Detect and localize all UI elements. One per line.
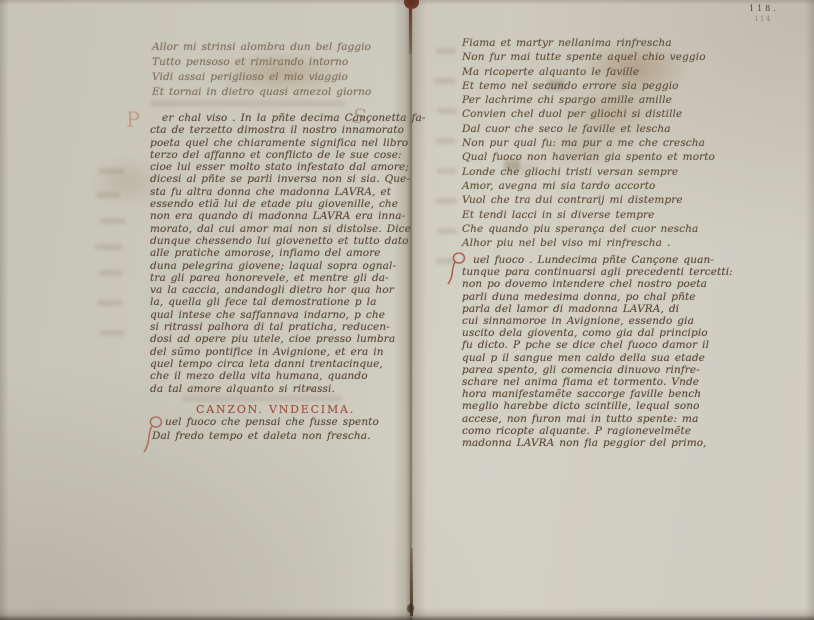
poem-line: Londe che gliochi tristi versan sempre <box>462 165 715 179</box>
commentary-line: sta fu altra donna che madonna LAVRA, et <box>150 186 426 198</box>
commentary-line: uel fuoco . Lundecima pñte Cançone quan- <box>462 254 733 266</box>
poem-line: Et tornai in dietro quasi amezol giorno <box>152 85 371 100</box>
poem-line: Allor mi strinsi alombra dun bel faggio <box>152 40 371 55</box>
commentary-line: non era quando di madonna LAVRA era inna… <box>150 210 426 222</box>
poem-line: Fiama et martyr nellanima rinfrescha <box>462 36 715 50</box>
commentary-line: poeta quel che chiaramente significa nel… <box>150 137 426 149</box>
poem-line: Vuol che tra dui contrarij mi distempre <box>462 193 715 207</box>
commentary-line: terzo del affanno et conflicto de le sue… <box>150 149 426 161</box>
commentary-line: essendo etiã lui de etade piu giovenille… <box>150 198 426 210</box>
show-through-mark <box>100 330 124 336</box>
show-through-mark <box>98 168 124 174</box>
commentary-line: schare nel anima fiama et tormento. Vnde <box>462 376 733 388</box>
show-through-text-line <box>150 100 345 107</box>
commentary-line: hora manifestamẽte saccorge faville benc… <box>462 388 733 400</box>
commentary-line: meglio harebbe dicto scintille, lequal s… <box>462 400 733 412</box>
poem-line: Per lachrime chi spargo amille amille <box>462 93 715 107</box>
show-through-mark <box>99 270 123 276</box>
commentary-line: tunque para continuarsi agli precedenti … <box>462 266 733 278</box>
commentary-line: quel tempo circa leta danni trentacinque… <box>150 358 426 370</box>
commentary-line: er chal viso . In la pñte decima Cançone… <box>150 112 426 124</box>
commentary-line: del sũmo pontifice in Avignione, et era … <box>150 346 426 358</box>
rubricated-initial-p: P <box>126 108 140 132</box>
commentary-line: dicesi al pñte se parli inversa non si s… <box>150 173 426 185</box>
commentary-line: parla del lamor di madonna LAVRA, di <box>462 303 733 315</box>
left-commentary: er chal viso . In la pñte decima Cançone… <box>150 112 426 395</box>
commentary-line: como ricopte alquante. P ragionevelmẽte <box>462 425 733 437</box>
pen-squiggle: ~ <box>304 382 316 398</box>
left-poem-bottom-line2: Dal fredo tempo et daleta non frescha. <box>152 430 371 442</box>
commentary-line: duna pelegrina giovene; laqual sopra ogn… <box>150 260 426 272</box>
show-through-mark <box>435 138 456 144</box>
poem-line: Non fur mai tutte spente aquel chio vegg… <box>462 50 715 64</box>
show-through-text-line <box>182 395 342 402</box>
poem-line: Che quando piu sperança del cuor nescha <box>462 222 715 236</box>
poem-line: Dal cuor che seco le faville et lescha <box>462 122 715 136</box>
show-through-mark <box>435 198 457 204</box>
commentary-line: cui sinnamoroe in Avignione, essendo gia <box>462 315 733 327</box>
commentary-line: cioe lui esser molto stato infestato dal… <box>150 161 426 173</box>
commentary-line: si ritrassi palhora di tal praticha, red… <box>150 321 426 333</box>
commentary-line: la, quella gli fece tal demostratione p … <box>150 296 426 308</box>
show-through-mark <box>97 300 123 306</box>
binding-bottom-knot <box>407 604 414 613</box>
right-commentary: uel fuoco . Lundecima pñte Cançone quan-… <box>462 254 733 449</box>
folio-number-ink: 118. <box>749 4 779 13</box>
canzone-heading: CANZON. VNDECIMA. <box>196 403 355 416</box>
poem-line: Ma ricoperte alquanto le faville <box>462 65 715 79</box>
commentary-line: dosi ad opere piu utele, cioe presso lum… <box>150 333 426 345</box>
show-through-mark <box>437 108 457 114</box>
commentary-line: qual intese che saffannava indarno, p ch… <box>150 309 426 321</box>
commentary-line: tra gli parea honorevele, et mentre gli … <box>150 272 426 284</box>
poem-line: Non pur qual fu: ma pur a me che crescha <box>462 136 715 150</box>
commentary-line: uscito dela gioventa, como gia dal princ… <box>462 327 733 339</box>
left-poem-top: Allor mi strinsi alombra dun bel faggioT… <box>152 40 371 100</box>
manuscript-photo: Allor mi strinsi alombra dun bel faggioT… <box>0 0 814 620</box>
gutter-top-seam <box>409 6 412 54</box>
commentary-line: morato, dal cui amor mai non si distolse… <box>150 223 426 235</box>
show-through-mark <box>434 78 456 84</box>
folio-number-pencil: 114 <box>754 14 771 23</box>
poem-line: Convien chel duol per gliochi si distill… <box>462 107 715 121</box>
left-poem-bottom-line1: uel fuoco che pensai che fusse spento <box>165 416 379 428</box>
commentary-line: parli duna medesima donna, po chal pñte <box>462 291 733 303</box>
commentary-line: da tal amore alquanto si ritrassi. <box>150 383 426 395</box>
right-poem: Fiama et martyr nellanima rinfreschaNon … <box>462 36 715 250</box>
commentary-line: qual p il sangue men caldo della sua eta… <box>462 352 733 364</box>
poem-line: Vidi assai periglioso el mio viaggio <box>152 70 371 85</box>
poem-line: Alhor piu nel bel viso mi rinfrescha . <box>462 236 715 250</box>
show-through-mark <box>95 244 123 250</box>
poem-line: Tutto pensoso et rimirando intorno <box>152 55 371 70</box>
commentary-line: alle pratiche amorose, infiamo del amore <box>150 247 426 259</box>
poem-line: Et tendi lacci in si diverse tempre <box>462 208 715 222</box>
commentary-line: accese, non furon mai in tutto spente: m… <box>462 413 733 425</box>
commentary-line: non po dovemo intendere chel nostro poet… <box>462 278 733 290</box>
commentary-line: parea spento, gli comencia dinuovo rinfr… <box>462 364 733 376</box>
show-through-mark <box>96 192 120 198</box>
poem-line: Amor, avegna mi sia tardo accorto <box>462 179 715 193</box>
commentary-line: dunque chessendo lui giovenetto et tutto… <box>150 235 426 247</box>
show-through-mark <box>437 168 457 174</box>
commentary-line: cta de terzetto dimostra il nostro innam… <box>150 124 426 136</box>
commentary-line: va la caccia, andandogli dietro hor qua … <box>150 284 426 296</box>
poem-line: Et temo nel secundo errore sia peggio <box>462 79 715 93</box>
show-through-mark <box>100 218 126 224</box>
poem-line: Qual fuoco non haverian gia spento et mo… <box>462 150 715 164</box>
commentary-line: fu dicto. P pche se dice chel fuoco damo… <box>462 339 733 351</box>
show-through-mark <box>436 48 456 54</box>
show-through-mark <box>437 228 457 234</box>
commentary-line: che il mezo della vita humana, quando <box>150 370 426 382</box>
commentary-line: madonna LAVRA non fia peggior del primo, <box>462 437 733 449</box>
